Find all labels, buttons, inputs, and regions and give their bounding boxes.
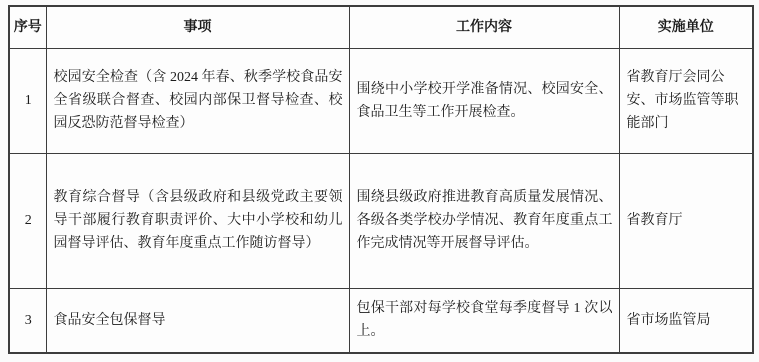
cell-serial-number: 1 bbox=[9, 48, 46, 153]
cell-work-content: 围绕县级政府推进教育高质量发展情况、各级各类学校办学情况、教育年度重点工作完成情… bbox=[349, 153, 619, 288]
header-work-content: 工作内容 bbox=[349, 6, 619, 48]
cell-work-content: 包保干部对每学校食堂每季度督导 1 次以上。 bbox=[349, 288, 619, 353]
cell-serial-number: 2 bbox=[9, 153, 46, 288]
cell-item: 教育综合督导（含县级政府和县级党政主要领导干部履行教育职责评价、大中小学校和幼儿… bbox=[46, 153, 349, 288]
cell-item: 食品安全包保督导 bbox=[46, 288, 349, 353]
cell-work-content: 围绕中小学校开学准备情况、校园安全、食品卫生等工作开展检查。 bbox=[349, 48, 619, 153]
supervision-tasks-table: 序号 事项 工作内容 实施单位 1 校园安全检查（含 2024 年春、秋季学校食… bbox=[8, 5, 754, 354]
cell-implementing-unit: 省教育厅 bbox=[619, 153, 753, 288]
header-serial-number: 序号 bbox=[9, 6, 46, 48]
cell-item: 校园安全检查（含 2024 年春、秋季学校食品安全省级联合督查、校园内部保卫督导… bbox=[46, 48, 349, 153]
cell-implementing-unit: 省市场监管局 bbox=[619, 288, 753, 353]
header-item: 事项 bbox=[46, 6, 349, 48]
table-row: 2 教育综合督导（含县级政府和县级党政主要领导干部履行教育职责评价、大中小学校和… bbox=[9, 153, 753, 288]
table-row: 3 食品安全包保督导 包保干部对每学校食堂每季度督导 1 次以上。 省市场监管局 bbox=[9, 288, 753, 353]
cell-serial-number: 3 bbox=[9, 288, 46, 353]
header-implementing-unit: 实施单位 bbox=[619, 6, 753, 48]
table-header-row: 序号 事项 工作内容 实施单位 bbox=[9, 6, 753, 48]
cell-implementing-unit: 省教育厅会同公安、市场监管等职能部门 bbox=[619, 48, 753, 153]
document-page: 序号 事项 工作内容 实施单位 1 校园安全检查（含 2024 年春、秋季学校食… bbox=[0, 0, 759, 362]
table-row: 1 校园安全检查（含 2024 年春、秋季学校食品安全省级联合督查、校园内部保卫… bbox=[9, 48, 753, 153]
